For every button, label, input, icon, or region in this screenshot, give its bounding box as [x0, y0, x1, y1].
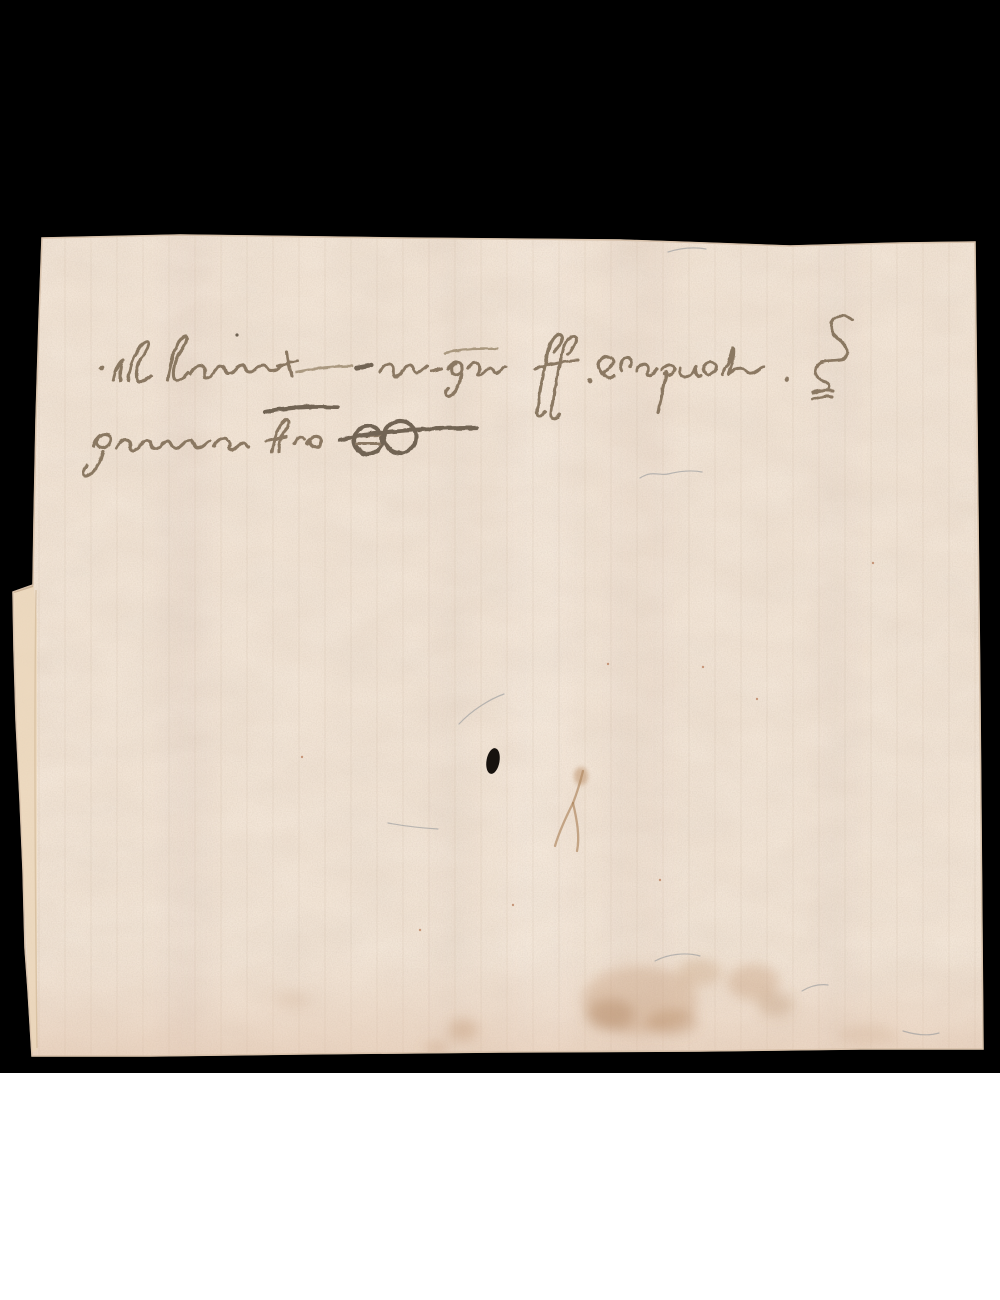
- period: [588, 379, 593, 384]
- scanned-letter-photograph: · Al honerat ~ on garo ff. d capuol. S g…: [0, 0, 1000, 1300]
- bottom-toning: [20, 955, 990, 1060]
- page-backdrop: [0, 1073, 1000, 1300]
- paper-grain: [0, 228, 1000, 1060]
- dash: [356, 365, 372, 368]
- letter-scan-canvas: [0, 0, 1000, 1300]
- leading-dot: [100, 366, 105, 371]
- period: [785, 377, 790, 382]
- ink-speck: [235, 333, 238, 336]
- folded-letter: [0, 228, 1000, 1060]
